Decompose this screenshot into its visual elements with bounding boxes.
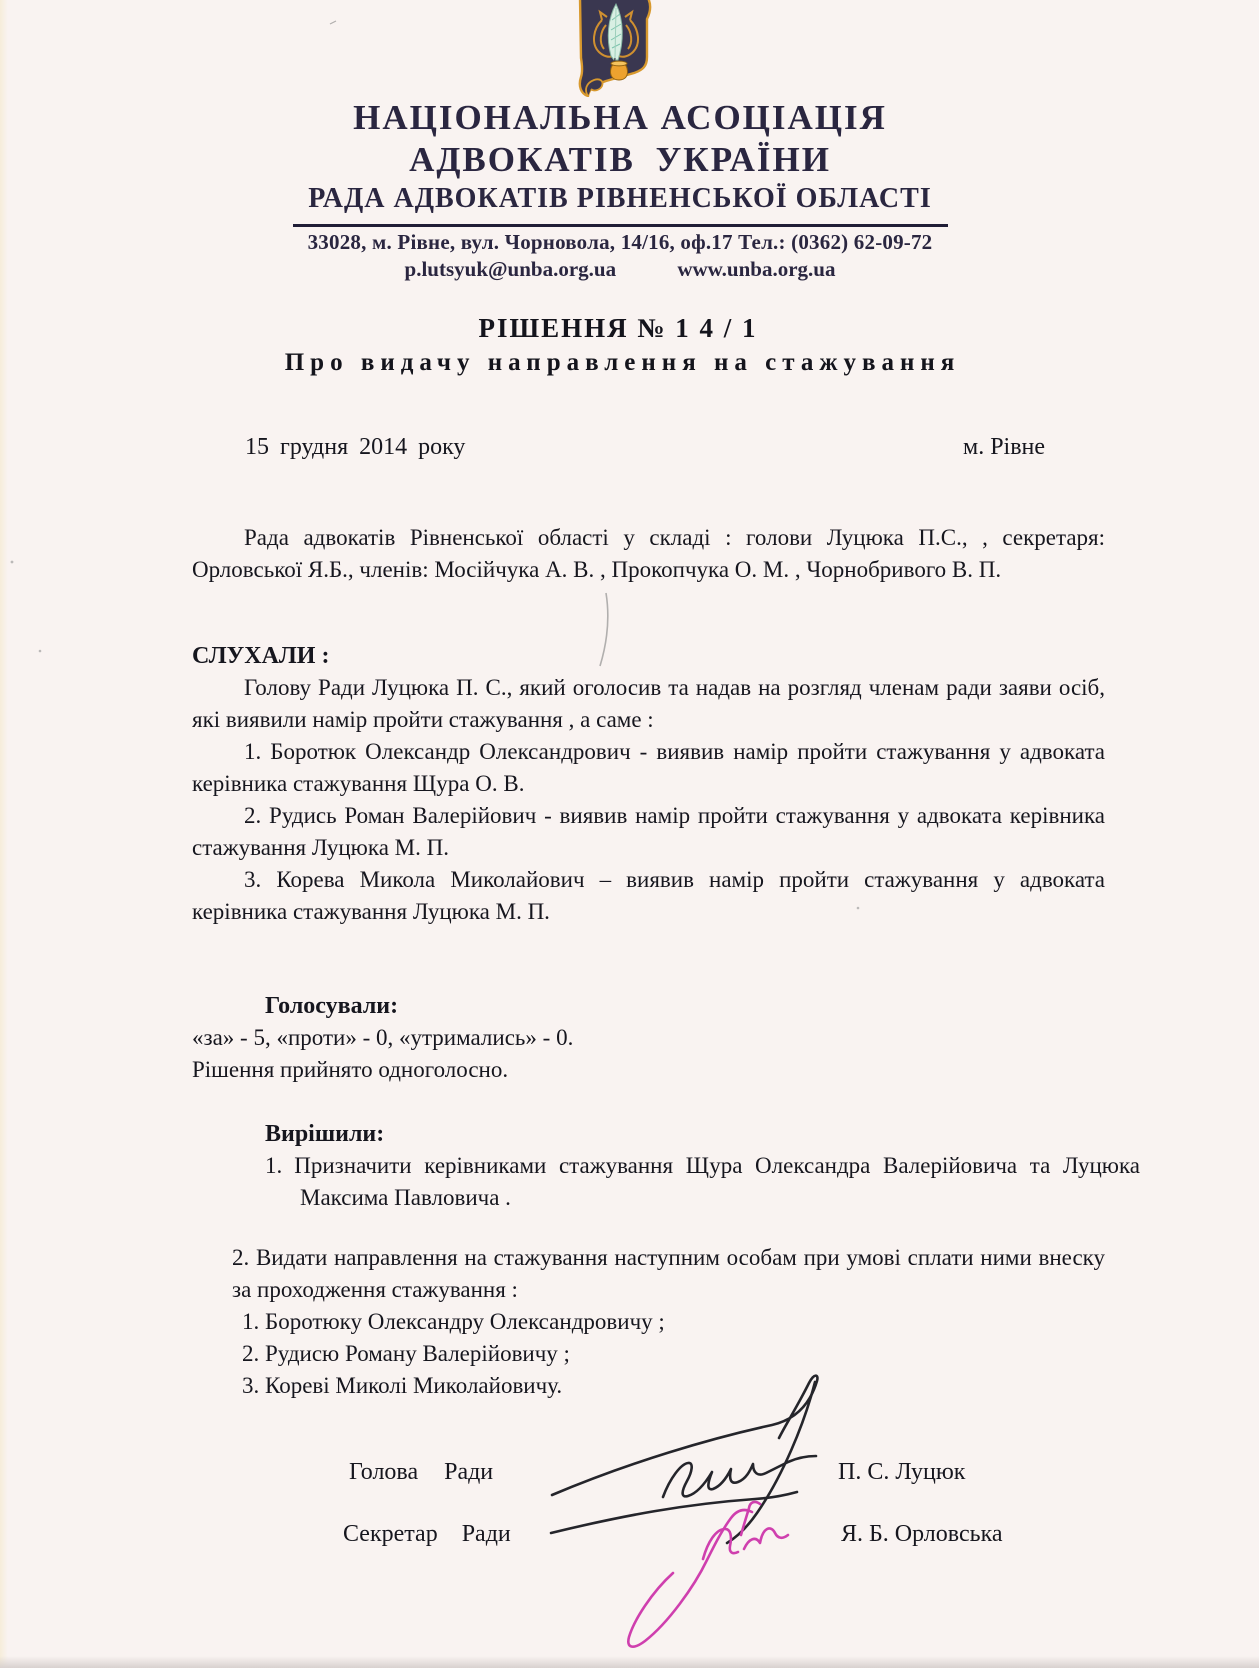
decided-item-1: 1.Призначити керівниками стажування Щура…: [265, 1150, 1140, 1214]
decision-subject-title: Про видачу направлення на стажування: [0, 349, 1245, 377]
decided-item-2-sub-2: 2. Рудисю Роману Валерійовичу ;: [242, 1338, 1105, 1370]
org-name-line1: НАЦІОНАЛЬНА АСОЦІАЦІЯ: [0, 98, 1240, 138]
chairman-title: Голова Ради: [349, 1459, 493, 1486]
heard-item-3: 3. Корева Микола Миколайович – виявив на…: [192, 864, 1105, 928]
unba-logo: [573, 0, 659, 97]
decided-item-2-sub-3: 3. Кореві Миколі Миколайовичу.: [242, 1370, 1105, 1402]
org-name-line3: РАДА АДВОКАТІВ РІВНЕНСЬКОЇ ОБЛАСТІ: [0, 183, 1240, 215]
letterhead-address: 33028, м. Рівне, вул. Чорновола, 14/16, …: [0, 230, 1240, 255]
secretary-signature-ink: [628, 1502, 788, 1647]
decided-item-1-number: 1.: [265, 1153, 282, 1178]
org-name-line2: АДВОКАТІВ УКРАЇНИ: [0, 140, 1240, 180]
voted-result: «за» - 5, «проти» - 0, «утримались» - 0.: [192, 1022, 1105, 1054]
decided-item-2: 2. Видати направлення на стажування наст…: [232, 1242, 1105, 1306]
secretary-title: Секретар Ради: [343, 1521, 511, 1548]
decision-number-title: РІШЕННЯ № 1 4 / 1: [0, 313, 1236, 344]
council-composition: Рада адвокатів Рівненської області у скл…: [192, 522, 1105, 586]
heard-item-2: 2. Рудись Роман Валерійович - виявив нам…: [192, 800, 1105, 864]
decision-place: м. Рівне: [963, 434, 1045, 461]
letterhead-divider: [293, 224, 948, 227]
scan-edge-bottom: [0, 1656, 1259, 1668]
heard-item-1: 1. Боротюк Олександр Олександрович - вия…: [192, 736, 1105, 800]
letterhead-website: www.unba.org.ua: [677, 257, 835, 282]
heard-heading: СЛУХАЛИ :: [192, 640, 1105, 672]
document-page: НАЦІОНАЛЬНА АСОЦІАЦІЯ АДВОКАТІВ УКРАЇНИ …: [0, 0, 1259, 1668]
voted-heading: Голосували:: [265, 990, 1105, 1022]
decision-date: 15 грудня 2014 року: [245, 434, 465, 461]
letterhead-contacts: p.lutsyuk@unba.org.ua www.unba.org.ua: [0, 257, 1240, 282]
chairman-name: П. С. Луцюк: [838, 1459, 965, 1486]
heard-intro: Голову Ради Луцюка П. С., який оголосив …: [192, 672, 1105, 736]
voted-note: Рішення прийнято одноголосно.: [192, 1054, 1105, 1086]
secretary-name: Я. Б. Орловська: [841, 1521, 1003, 1548]
inkpot: [610, 61, 627, 80]
letterhead-email: p.lutsyuk@unba.org.ua: [405, 257, 617, 282]
decision-body: Рада адвокатів Рівненської області у скл…: [192, 522, 1105, 1402]
decided-heading: Вирішили:: [265, 1118, 1105, 1150]
decided-item-2-sub-1: 1. Боротюку Олександру Олександровичу ;: [242, 1306, 1105, 1338]
decided-item-1-text: Призначити керівниками стажування Щура О…: [294, 1153, 1140, 1210]
